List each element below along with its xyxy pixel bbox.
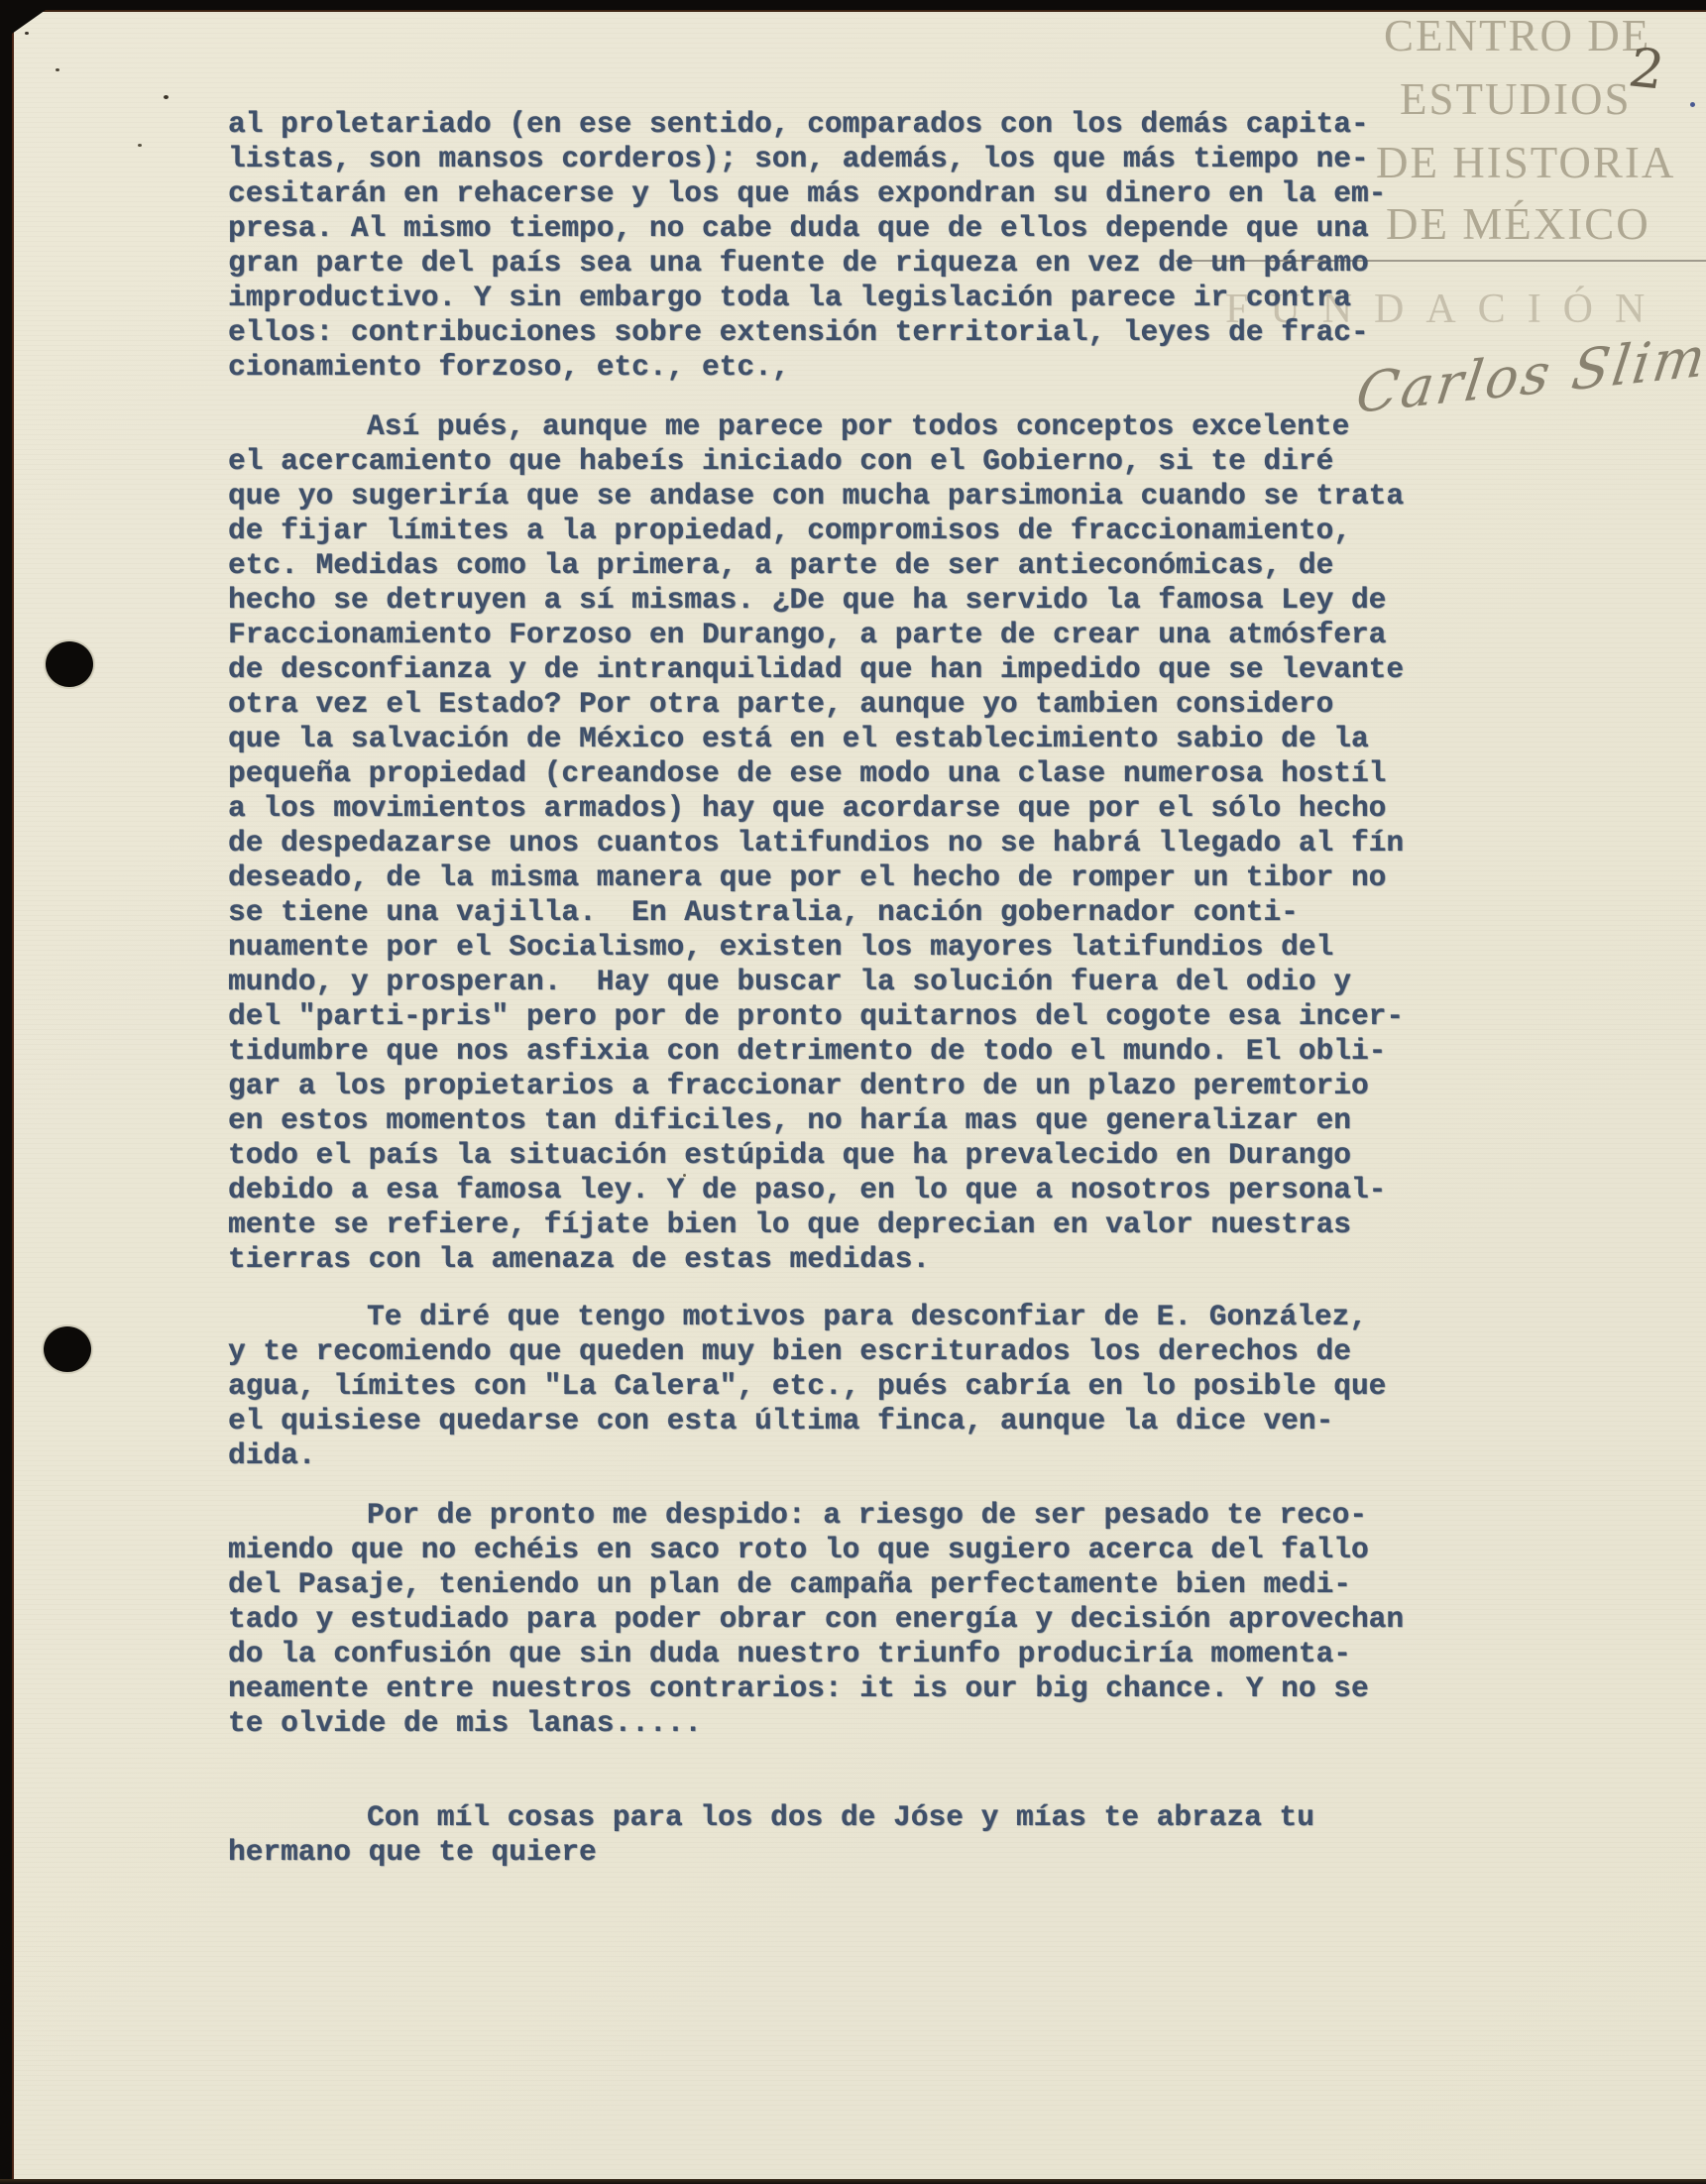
typed-line: cionamiento forzoso, etc., etc., <box>228 350 1386 385</box>
punch-hole <box>44 1326 91 1372</box>
typed-line: en estos momentos tan dificiles, no harí… <box>228 1103 1404 1138</box>
typed-line: Así pués, aunque me parece por todos con… <box>228 409 1404 444</box>
typed-line: mente se refiere, fíjate bien lo que dep… <box>228 1207 1404 1242</box>
paper-corner-cut <box>12 10 46 34</box>
typed-line: que yo sugeriría que se andase con mucha… <box>228 479 1404 514</box>
typed-line: deseado, de la misma manera que por el h… <box>228 861 1404 895</box>
paper-speck <box>56 68 59 71</box>
typed-line: todo el país la situación estúpida que h… <box>228 1138 1404 1173</box>
ink-speck <box>1690 102 1695 107</box>
typed-line: tierras con la amenaza de estas medidas. <box>228 1242 1404 1277</box>
typed-line: debido a esa famosa ley. Y de paso, en l… <box>228 1173 1404 1207</box>
typed-line: de despedazarse unos cuantos latifundios… <box>228 826 1404 861</box>
typed-paragraph: al proletariado (en ese sentido, compara… <box>228 107 1386 385</box>
typed-line: otra vez el Estado? Por otra parte, aunq… <box>228 687 1404 722</box>
typed-line: el quisiese quedarse con esta última fin… <box>228 1404 1386 1438</box>
typed-line: al proletariado (en ese sentido, compara… <box>228 107 1386 142</box>
paper-speck <box>683 1174 686 1177</box>
typed-line: se tiene una vajilla. En Australia, naci… <box>228 895 1404 930</box>
typed-line: de desconfianza y de intranquilidad que … <box>228 652 1404 687</box>
typed-line: a los movimientos armados) hay que acord… <box>228 791 1404 826</box>
typed-line: tado y estudiado para poder obrar con en… <box>228 1602 1404 1637</box>
typed-line: y te recomiendo que queden muy bien escr… <box>228 1334 1386 1369</box>
typed-line: hecho se detruyen a sí mismas. ¿De que h… <box>228 583 1404 618</box>
paper-speck <box>138 144 142 147</box>
typed-line: te olvide de mis lanas..... <box>228 1706 1404 1741</box>
typed-line: Fraccionamiento Forzoso en Durango, a pa… <box>228 618 1404 652</box>
typed-line: hermano que te quiere <box>228 1835 1314 1870</box>
scanned-letter-page: CENTRO DE ESTUDIOS DE HISTORIA DE MÉXICO… <box>0 0 1706 2184</box>
typed-line: listas, son mansos corderos); son, ademá… <box>228 142 1386 176</box>
typed-line: que la salvación de México está en el es… <box>228 722 1404 756</box>
typed-line: improductivo. Y sin embargo toda la legi… <box>228 281 1386 315</box>
typed-line: nuamente por el Socialismo, existen los … <box>228 930 1404 965</box>
typed-line: el acercamiento que habeís iniciado con … <box>228 444 1404 479</box>
typed-line: dida. <box>228 1438 1386 1473</box>
typed-line: etc. Medidas como la primera, a parte de… <box>228 548 1404 583</box>
watermark-line: CENTRO DE <box>1384 10 1650 61</box>
paper-speck <box>164 95 169 99</box>
typed-line: agua, límites con "La Calera", etc., pué… <box>228 1369 1386 1404</box>
typed-line: Con míl cosas para los dos de Jóse y mía… <box>228 1800 1314 1835</box>
typed-line: Por de pronto me despido: a riesgo de se… <box>228 1498 1404 1533</box>
typed-line: del Pasaje, teniendo un plan de campaña … <box>228 1567 1404 1602</box>
typed-line: del "parti-pris" pero por de pronto quit… <box>228 999 1404 1034</box>
typed-line: de fijar límites a la propiedad, comprom… <box>228 514 1404 548</box>
typed-line: mundo, y prosperan. Hay que buscar la so… <box>228 965 1404 999</box>
scan-bottom-edge <box>0 2179 1706 2184</box>
typed-line: ellos: contribuciones sobre extensión te… <box>228 315 1386 350</box>
typed-paragraph: Por de pronto me despido: a riesgo de se… <box>228 1498 1404 1741</box>
typed-paragraph: Con míl cosas para los dos de Jóse y mía… <box>228 1800 1314 1870</box>
typed-line: neamente entre nuestros contrarios: it i… <box>228 1671 1404 1706</box>
typed-line: pequeña propiedad (creandose de ese modo… <box>228 756 1404 791</box>
typed-line: miendo que no echéis en saco roto lo que… <box>228 1533 1404 1567</box>
typed-line: presa. Al mismo tiempo, no cabe duda que… <box>228 211 1386 246</box>
punch-hole <box>46 641 93 687</box>
typed-line: tidumbre que nos asfixia con detrimento … <box>228 1034 1404 1069</box>
typed-line: do la confusión que sin duda nuestro tri… <box>228 1637 1404 1671</box>
typed-line: gran parte del país sea una fuente de ri… <box>228 246 1386 281</box>
typed-line: Te diré que tengo motivos para desconfia… <box>228 1300 1386 1334</box>
typed-paragraph: Así pués, aunque me parece por todos con… <box>228 409 1404 1277</box>
typed-line: gar a los propietarios a fraccionar dent… <box>228 1069 1404 1103</box>
watermark-line: ESTUDIOS <box>1400 73 1632 125</box>
typed-line: cesitarán en rehacerse y los que más exp… <box>228 176 1386 211</box>
watermark-line: DE MÉXICO <box>1386 198 1650 250</box>
typed-paragraph: Te diré que tengo motivos para desconfia… <box>228 1300 1386 1473</box>
watermark-line: DE HISTORIA <box>1376 137 1675 188</box>
